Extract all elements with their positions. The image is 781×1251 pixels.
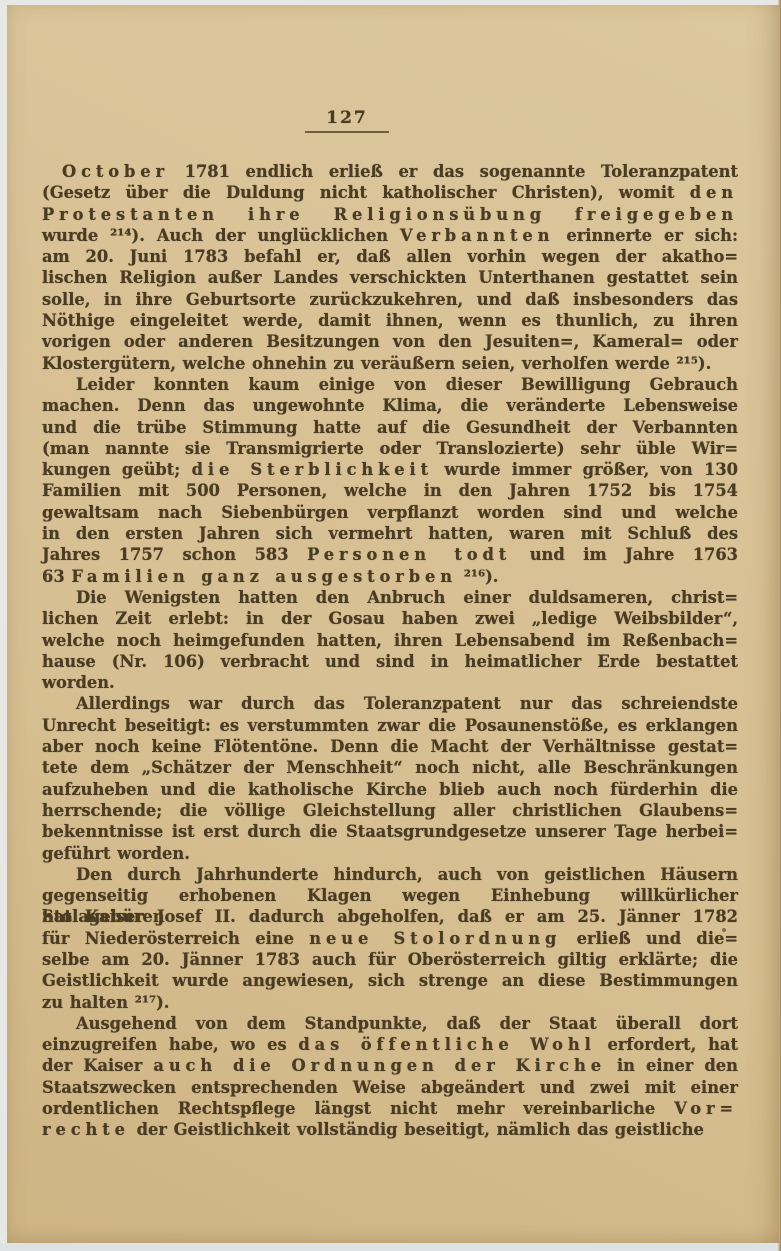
text-line: bekenntnisse ist erst durch die Staatsgr… [42,821,738,842]
body-text: bekenntnisse ist erst durch die Staatsgr… [42,822,738,841]
text-line: und die trübe Stimmung hatte auf die Ges… [42,417,738,438]
letterspaced-text: Personen todt [307,545,511,564]
body-text: Staatszwecken entsprechenden Weise abgeä… [42,1078,738,1097]
body-text: und im Jahre 1763 [511,545,738,564]
text-line: Nöthige eingeleitet werde, damit ihnen, … [42,310,738,331]
text-line: geführt worden. [42,843,738,864]
body-text: vorigen oder anderen Besitzungen von den… [42,332,738,351]
text-line: Leider konnten kaum einige von dieser Be… [42,374,738,395]
text-line: hat Kaiser Josef II. dadurch abgeholfen,… [42,906,738,927]
text-line: zu halten ²¹⁷). [42,992,738,1013]
body-text: der Geistlichkeit vollständig beseitigt,… [130,1120,704,1139]
text-line: lichen Zeit erlebt: in der Gosau haben z… [42,608,738,629]
body-text: hause (Nr. 106) verbracht und sind in he… [42,652,738,671]
text-line: kungen geübt; die Sterblichkeit wurde im… [42,459,738,480]
text-line: selbe am 20. Jänner 1783 auch für Oberös… [42,949,738,970]
text-line: solle, in ihre Geburtsorte zurückzukehre… [42,289,738,310]
body-text: in den ersten Jahren sich vermehrt hatte… [42,524,738,543]
text-line: der Kaiser auch die Ordnungen der Kirche… [42,1055,738,1076]
body-text: tete dem „Schätzer der Menschheit“ noch … [42,758,738,777]
letterspaced-text: October [62,162,169,181]
text-line: Ausgehend von dem Standpunkte, daß der S… [42,1013,738,1034]
body-text: Familien mit 500 Personen, welche in den… [42,481,738,500]
body-text: der Kaiser [42,1056,153,1075]
text-line: aufzuheben und die katholische Kirche bl… [42,779,738,800]
text-line: gewaltsam nach Siebenbürgen verpflanzt w… [42,502,738,523]
body-text: welche noch heimgefunden hatten, ihren L… [42,631,738,650]
body-text: herrschende; die völlige Gleichstellung … [42,801,738,820]
body-text: aber noch keine Flötentöne. Denn die Mac… [42,737,738,756]
body-text: Den durch Jahrhunderte hindurch, auch vo… [76,865,738,884]
body-text: und die trübe Stimmung hatte auf die Ges… [42,418,738,437]
text-line: October 1781 endlich erließ er das sogen… [42,161,738,182]
body-text: lichen Zeit erlebt: in der Gosau haben z… [42,609,738,628]
body-text: in einer den [606,1056,738,1075]
body-text: Jahres 1757 schon 583 [42,545,307,564]
text-line: wurde ²¹⁴). Auch der unglücklichen Verba… [42,225,738,246]
body-text: solle, in ihre Geburtsorte zurückzukehre… [42,290,738,309]
body-text: kungen geübt; [42,460,192,479]
text-line: rechte der Geistlichkeit vollständig bes… [42,1119,738,1140]
text-line: (Gesetz über die Duldung nicht katholisc… [42,182,738,203]
text-line: Staatszwecken entsprechenden Weise abgeä… [42,1077,738,1098]
text-line: Protestanten ihre Religionsübung freigeg… [42,204,738,225]
body-text: 63 [42,567,71,586]
body-text: ²¹⁶). [457,567,498,586]
body-text: für Niederösterreich eine [42,929,309,948]
page-number: 127 [305,108,389,133]
text-line: (man nannte sie Transmigrierte oder Tran… [42,438,738,459]
body-text: erließ und die= [561,929,738,948]
body-text: Nöthige eingeleitet werde, damit ihnen, … [42,311,738,330]
body-text: selbe am 20. Jänner 1783 auch für Oberös… [42,950,738,969]
text-line: für Niederösterreich eine neue Stolordnu… [42,928,738,949]
text-line: einzugreifen habe, wo es das öffentliche… [42,1034,738,1055]
body-text: lischen Religion außer Landes verschickt… [42,268,738,287]
text-line: herrschende; die völlige Gleichstellung … [42,800,738,821]
text-line: Unrecht beseitigt: es verstummten zwar d… [42,715,738,736]
body-text: wurde ²¹⁴). Auch der unglücklichen [42,226,400,245]
body-text: einzugreifen habe, wo es [42,1035,298,1054]
letterspaced-text: Protestanten ihre Religionsübung freigeg… [42,205,738,224]
text-line: aber noch keine Flötentöne. Denn die Mac… [42,736,738,757]
text-line: in den ersten Jahren sich vermehrt hatte… [42,523,738,544]
letterspaced-text: den [690,183,738,202]
letterspaced-text: rechte [42,1120,130,1139]
body-text: worden. [42,673,115,692]
body-text: wurde immer größer, von 130 [433,460,738,479]
body-text: aufzuheben und die katholische Kirche bl… [42,780,738,799]
body-text: Klostergütern, welche ohnehin zu veräuße… [42,354,711,373]
body-text: Leider konnten kaum einige von dieser Be… [76,375,738,394]
text-line: Jahres 1757 schon 583 Personen todt und … [42,544,738,565]
letterspaced-text: das öffentliche Wohl [298,1035,595,1054]
body-text: zu halten ²¹⁷). [42,993,169,1012]
text-line: hause (Nr. 106) verbracht und sind in he… [42,651,738,672]
body-text: erfordert, hat [596,1035,738,1054]
body-text: gewaltsam nach Siebenbürgen verpflanzt w… [42,503,738,522]
text-line: welche noch heimgefunden hatten, ihren L… [42,630,738,651]
text-line: Geistlichkeit wurde angewiesen, sich str… [42,970,738,991]
text-line: Klostergütern, welche ohnehin zu veräuße… [42,353,738,374]
text-line: worden. [42,672,738,693]
body-text: Die Wenigsten hatten den Anbruch einer d… [76,588,738,607]
letterspaced-text: Vor= [674,1099,738,1118]
body-text: hat Kaiser Josef II. dadurch abgeholfen,… [42,907,738,926]
text-line: Allerdings war durch das Toleranzpatent … [42,693,738,714]
text-line: Den durch Jahrhunderte hindurch, auch vo… [42,864,738,885]
text-line: Die Wenigsten hatten den Anbruch einer d… [42,587,738,608]
ink-speck [722,928,726,932]
body-text: Ausgehend von dem Standpunkte, daß der S… [76,1014,738,1033]
letterspaced-text: auch die Ordnungen der Kirche [153,1056,606,1075]
text-line: machen. Denn das ungewohnte Klima, die v… [42,395,738,416]
text-block: October 1781 endlich erließ er das sogen… [42,161,738,1141]
body-text: machen. Denn das ungewohnte Klima, die v… [42,396,738,415]
body-text: am 20. Juni 1783 befahl er, daß allen vo… [42,247,738,266]
text-line: gegenseitig erhobenen Klagen wegen Einhe… [42,885,738,906]
page-paper: 127 October 1781 endlich erließ er das s… [7,5,779,1243]
text-line: ordentlichen Rechtspflege längst nicht m… [42,1098,738,1119]
letterspaced-text: Familien ganz ausgestorben [71,567,457,586]
text-line: vorigen oder anderen Besitzungen von den… [42,331,738,352]
text-line: am 20. Juni 1783 befahl er, daß allen vo… [42,246,738,267]
body-text: erinnerte er sich: [554,226,738,245]
body-text: (Gesetz über die Duldung nicht katholisc… [42,183,690,202]
body-text: ordentlichen Rechtspflege längst nicht m… [42,1099,674,1118]
letterspaced-text: neue Stolordnung [309,929,561,948]
text-line: tete dem „Schätzer der Menschheit“ noch … [42,757,738,778]
text-line: lischen Religion außer Landes verschickt… [42,267,738,288]
text-line: 63 Familien ganz ausgestorben ²¹⁶). [42,566,738,587]
letterspaced-text: Verbannten [400,226,554,245]
letterspaced-text: die Sterblichkeit [192,460,433,479]
body-text: 1781 endlich erließ er das sogenannte To… [169,162,738,181]
body-text: Geistlichkeit wurde angewiesen, sich str… [42,971,738,990]
body-text: (man nannte sie Transmigrierte oder Tran… [42,439,738,458]
scan-edge-bottom [0,1243,781,1251]
body-text: Unrecht beseitigt: es verstummten zwar d… [42,716,738,735]
body-text: geführt worden. [42,844,190,863]
text-line: Familien mit 500 Personen, welche in den… [42,480,738,501]
body-text: Allerdings war durch das Toleranzpatent … [76,694,738,713]
